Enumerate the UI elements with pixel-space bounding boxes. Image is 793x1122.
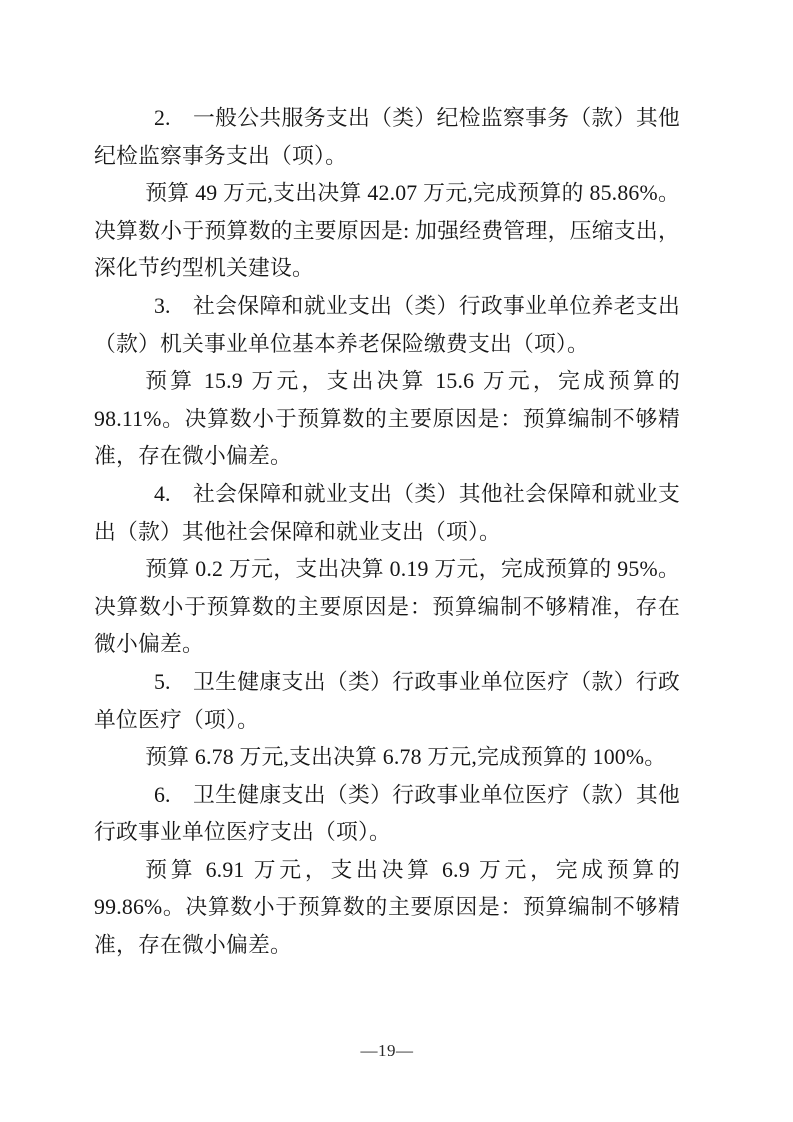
item-3-heading: 3. 社会保障和就业支出（类）行政事业单位养老支出（款）机关事业单位基本养老保险…: [94, 288, 680, 363]
item-5-budget-detail: 预算 6.78 万元,支出决算 6.78 万元,完成预算的 100%。: [94, 739, 680, 777]
item-3-budget-detail: 预算 15.9 万元，支出决算 15.6 万元，完成预算的 98.11%。决算数…: [94, 363, 680, 476]
item-6-heading: 6. 卫生健康支出（类）行政事业单位医疗（款）其他行政事业单位医疗支出（项）。: [94, 777, 680, 852]
item-4-budget-detail: 预算 0.2 万元，支出决算 0.19 万元，完成预算的 95%。决算数小于预算…: [94, 551, 680, 664]
item-5-heading: 5. 卫生健康支出（类）行政事业单位医疗（款）行政单位医疗（项）。: [94, 664, 680, 739]
item-4-heading: 4. 社会保障和就业支出（类）其他社会保障和就业支出（款）其他社会保障和就业支出…: [94, 476, 680, 551]
item-2-budget-detail: 预算 49 万元,支出决算 42.07 万元,完成预算的 85.86%。决算数小…: [94, 175, 680, 288]
document-body-text: 2. 一般公共服务支出（类）纪检监察事务（款）其他纪检监察事务支出（项）。 预算…: [94, 100, 680, 965]
document-page: 2. 一般公共服务支出（类）纪检监察事务（款）其他纪检监察事务支出（项）。 预算…: [0, 0, 793, 1122]
item-2-heading: 2. 一般公共服务支出（类）纪检监察事务（款）其他纪检监察事务支出（项）。: [94, 100, 680, 175]
page-number: —19—: [94, 1038, 680, 1064]
item-6-budget-detail: 预算 6.91 万元，支出决算 6.9 万元，完成预算的 99.86%。决算数小…: [94, 852, 680, 965]
